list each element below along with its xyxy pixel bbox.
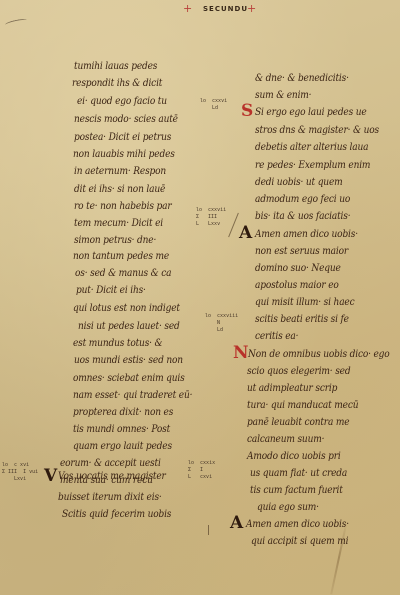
cross-mark-right-icon: + <box>247 2 256 16</box>
pen-stroke <box>228 213 239 237</box>
text-line: nescis modo· scies autē <box>74 113 178 125</box>
text-line: bis· ita & uos faciatis· <box>255 210 350 222</box>
text-line: qui misit illum· si haec <box>255 296 354 308</box>
text-line: debetis alter alterius laua <box>255 141 368 153</box>
text-line: eorum· & accepit uesti <box>60 457 161 469</box>
text-line: dit ei ihs· si non lauē <box>74 183 165 195</box>
text-line: qui lotus est non indiget <box>73 302 180 314</box>
text-line: admodum ego feci uo <box>255 193 350 205</box>
text-line: us quam fiat· ut creda <box>250 467 347 479</box>
text-line: omnes· sciebat enim quis <box>73 372 185 384</box>
text-line: ceritis ea· <box>255 330 298 342</box>
text-line: ut adimpleatur scrip <box>247 382 337 394</box>
text-line: Amen amen dico uobis· <box>255 228 358 240</box>
text-line: panē leuabit contra me <box>247 416 349 428</box>
text-line: est mundus totus· & <box>73 337 162 349</box>
text-line: non est seruus maior <box>255 245 348 257</box>
running-title: SECUNDU <box>203 5 248 13</box>
text-line: non tantum pedes me <box>73 250 169 262</box>
margin-note-canon: lo cxxvii Σ III L Lxxv <box>196 207 226 228</box>
text-line: Amodo dico uobis pri <box>247 450 341 462</box>
margin-note-canon: lo cxxviii N Ld <box>205 313 238 334</box>
text-line: Amen amen dico uobis· <box>246 518 349 530</box>
text-line: Vos uocatis me magister <box>58 470 166 482</box>
text-line: nisi ut pedes lauet· sed <box>78 320 180 332</box>
margin-note-canon: lo cxxvi Ld <box>200 98 227 112</box>
text-line: ei· quod ego facio tu <box>77 95 167 107</box>
text-line: scio quos elegerim· sed <box>247 365 350 377</box>
text-line: nam esset· qui traderet eū· <box>73 389 192 401</box>
manuscript-page: + SECUNDU + tumihi lauas pedes respondit… <box>0 0 400 595</box>
text-line: respondit ihs & dicit <box>72 77 162 89</box>
text-line: non lauabis mihi pedes <box>73 148 175 160</box>
text-line: in aeternum· Respon <box>74 165 166 177</box>
ink-smudge <box>5 18 28 27</box>
text-line: dedi uobis· ut quem <box>255 176 343 188</box>
text-line: domino suo· Neque <box>255 262 341 274</box>
text-line: scitis beati eritis si fe <box>255 313 349 325</box>
text-line: postea· Dicit ei petrus <box>74 131 171 143</box>
running-header: + SECUNDU + <box>0 2 400 16</box>
text-line: tura· qui manducat mecū <box>247 399 358 411</box>
text-line: uos mundi estis· sed non <box>74 354 183 366</box>
text-line: Non de omnibus uobis dico· ego <box>248 348 390 360</box>
text-line: Scitis quid fecerim uobis <box>62 508 171 520</box>
margin-note-canon: lo cxxix Σ I L cxvi <box>188 460 215 481</box>
text-line: stros dns & magister· & uos <box>255 124 379 136</box>
initial-letter-a-second: A <box>230 515 243 532</box>
text-line: tis mundi omnes· Post <box>73 423 170 435</box>
margin-note-canon: lo c xvi Σ III I vui Lxvi <box>2 462 38 483</box>
text-line: re pedes· Exemplum enim <box>255 159 370 171</box>
initial-letter-s: S <box>241 103 253 120</box>
text-line: tumihi lauas pedes <box>74 60 157 72</box>
initial-letter-v: V <box>44 468 57 485</box>
cross-mark-left-icon: + <box>183 2 192 16</box>
text-line: & dne· & benedicitis· <box>255 72 349 84</box>
text-line: Si ergo ego laui pedes ue <box>255 106 367 118</box>
initial-letter-n: N <box>233 345 249 362</box>
text-line: apostolus maior eo <box>255 279 339 291</box>
text-line: os· sed & manus & ca <box>75 267 171 279</box>
pen-stroke <box>208 525 209 535</box>
text-line: quia ego sum· <box>257 501 319 513</box>
text-line: ro te· non habebis par <box>74 200 171 212</box>
text-line: quam ergo lauit pedes <box>73 440 172 452</box>
text-line: buisset iterum dixit eis· <box>58 491 162 503</box>
text-line: put· Dicit ei ihs· <box>76 284 146 296</box>
text-line: tis cum factum fuerit <box>250 484 343 496</box>
text-line: calcaneum suum· <box>247 433 324 445</box>
initial-letter-a: A <box>239 225 252 242</box>
text-line: sum & enim· <box>255 89 311 101</box>
text-line: qui accipit si quem mi <box>251 535 348 547</box>
text-line: propterea dixit· non es <box>73 406 173 418</box>
text-line: simon petrus· dne· <box>74 234 156 246</box>
parchment-crease <box>330 521 348 595</box>
text-line: tem mecum· Dicit ei <box>74 217 163 229</box>
